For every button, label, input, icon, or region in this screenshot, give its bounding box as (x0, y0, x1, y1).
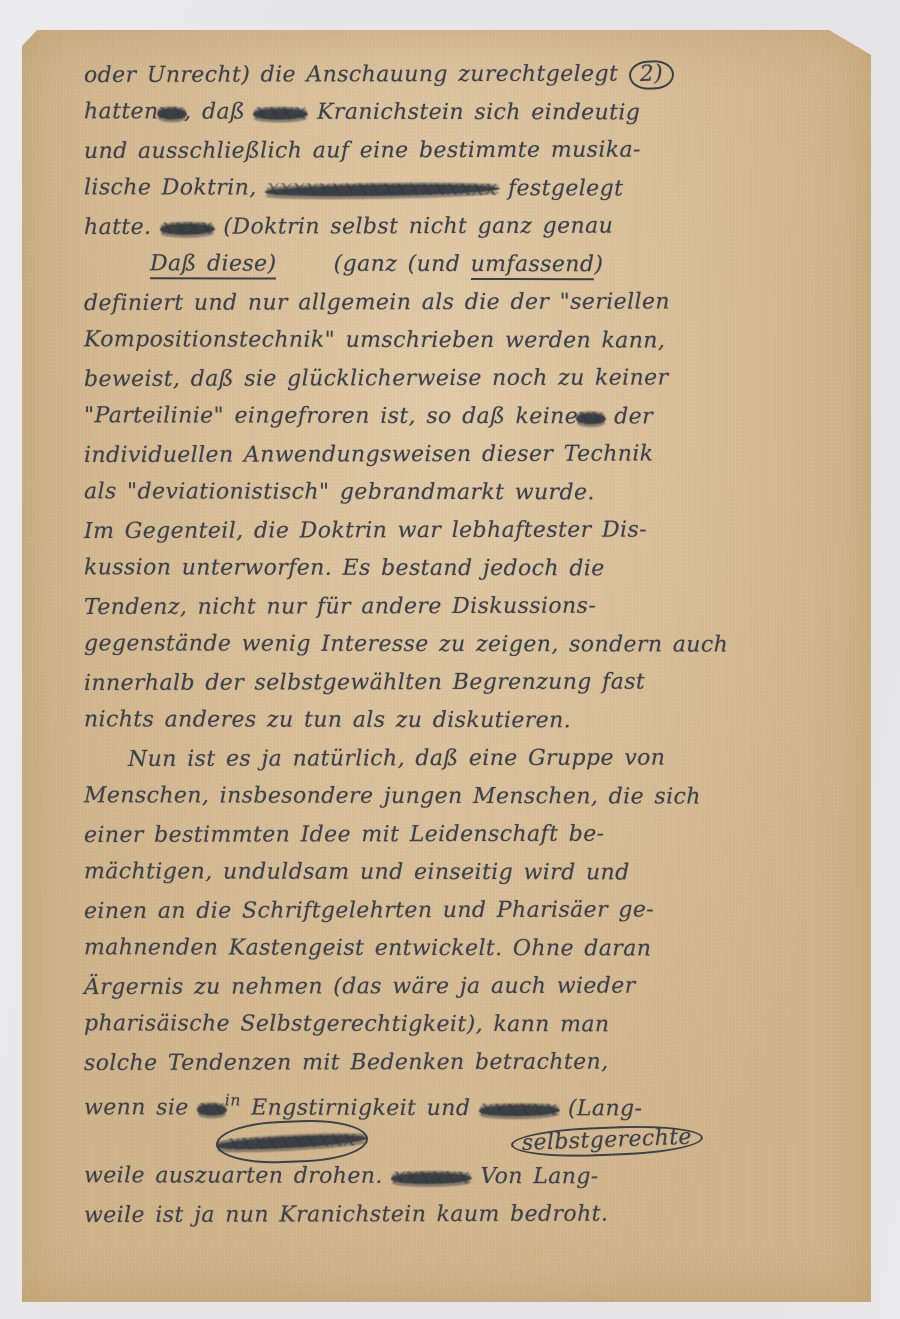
handwriting-segment: und ausschließlich auf eine bestimmte mu… (84, 138, 641, 164)
manuscript-line: innerhalb der selbstgewählten Begrenzung… (84, 663, 845, 703)
manuscript-line: mächtigen, unduldsam und einseitig wird … (84, 853, 845, 893)
handwriting-segment: einen an die Schriftgelehrten und Pharis… (84, 898, 654, 924)
handwriting-segment: individuellen Anwendungsweisen dieser Te… (84, 442, 654, 468)
handwriting-segment: einer bestimmten Idee mit Leidenschaft b… (84, 822, 605, 848)
manuscript-line: kussion unterworfen. Es bestand jedoch d… (84, 549, 845, 589)
underlined-insertion: umfassend (471, 252, 595, 280)
manuscript-line: gegenstände wenig Interesse zu zeigen, s… (84, 625, 845, 665)
handwriting-segment: Kranichstein sich eindeutig (307, 100, 641, 126)
handwriting-segment: Nun ist es ja natürlich, daß eine Gruppe… (128, 746, 665, 772)
manuscript-line: pharisäische Selbstgerechtigkeit), kann … (84, 1005, 845, 1045)
handwriting-segment: "Parteilinie" eingefroren ist, so daß ke… (84, 403, 578, 429)
manuscript-line: wenn sie xxin Engstirnigkeit und xxxxxx … (84, 1081, 845, 1121)
handwriting-segment: (Lang- (558, 1096, 643, 1121)
scribble-deletion: xxxxxx (393, 1164, 470, 1189)
manuscript-line: individuellen Anwendungsweisen dieser Te… (84, 435, 845, 475)
handwriting-segment: weile ist ja nun Kranichstein kaum bedro… (84, 1202, 608, 1228)
scribble-deletion: xxxxxxxxxxxxxxxxxx (267, 176, 498, 201)
manuscript-line: mahnenden Kastengeist entwickelt. Ohne d… (84, 929, 845, 969)
manuscript-line: xxxxxxxxxxselbstgerechte (216, 1119, 845, 1159)
scribble-deletion: xx (199, 1095, 225, 1120)
manuscript-line: Nun ist es ja natürlich, daß eine Gruppe… (128, 739, 845, 779)
handwriting-segment: lische Doktrin, (84, 175, 267, 200)
manuscript-line: und ausschließlich auf eine bestimmte mu… (84, 131, 845, 171)
manuscript-line: Im Gegenteil, die Doktrin war lebhaftest… (84, 511, 845, 551)
handwriting-segment: als "deviationistisch" gebrandmarkt wurd… (84, 479, 595, 505)
manuscript-line: Kompositionstechnik" umschrieben werden … (84, 321, 845, 361)
manuscript-line: lische Doktrin, xxxxxxxxxxxxxxxxxx festg… (84, 169, 845, 209)
handwriting-segment: der (604, 404, 653, 429)
handwriting-segment: solche Tendenzen mit Bedenken betrachten… (84, 1050, 609, 1076)
manuscript-line: nichts anderes zu tun als zu diskutieren… (84, 701, 845, 741)
manuscript-line: Tendenz, nicht nur für andere Diskussion… (84, 587, 845, 627)
scribble-deletion: xxxx (162, 215, 213, 240)
handwriting-segment: hatte. (84, 215, 162, 240)
handwriting-segment: definiert und nur allgemein als die der … (84, 289, 670, 316)
manuscript-line: beweist, daß sie glücklicherweise noch z… (84, 359, 845, 399)
superscript-insertion: in (225, 1090, 241, 1109)
manuscript-line: hattenxx, daß xxxx Kranichstein sich ein… (84, 93, 845, 133)
handwriting-segment: , daß (184, 99, 255, 124)
manuscript-line: weile ist ja nun Kranichstein kaum bedro… (84, 1195, 845, 1235)
manuscript-page: oder Unrecht) die Anschauung zurechtgele… (22, 30, 871, 1302)
handwriting-segment: mahnenden Kastengeist entwickelt. Ohne d… (84, 935, 651, 961)
handwriting-segment: Ärgernis zu nehmen (das wäre ja auch wie… (84, 974, 636, 1000)
scribble-deletion: xxxx (255, 100, 306, 125)
manuscript-line: oder Unrecht) die Anschauung zurechtgele… (84, 55, 845, 95)
handwriting-segment: weile auszuarten drohen. (84, 1163, 393, 1189)
handwriting-segment: festgelegt (498, 176, 624, 201)
handwriting-segment: wenn sie (84, 1095, 199, 1120)
underlined-insertion: Daß diese) (150, 251, 277, 279)
handwriting-segment: Von Lang- (470, 1164, 599, 1189)
handwriting-segment: (ganz (und (334, 252, 471, 277)
handwriting-segment: mächtigen, unduldsam und einseitig wird … (84, 859, 630, 885)
handwriting-segment: innerhalb der selbstgewählten Begrenzung… (84, 670, 645, 696)
handwriting-segment: hatten (84, 99, 159, 124)
manuscript-line: Ärgernis zu nehmen (das wäre ja auch wie… (84, 967, 845, 1007)
manuscript-line: weile auszuarten drohen. xxxxxx Von Lang… (84, 1157, 845, 1197)
manuscript-line: "Parteilinie" eingefroren ist, so daß ke… (84, 397, 845, 437)
scribble-deletion: xx (159, 99, 185, 124)
manuscript-line: als "deviationistisch" gebrandmarkt wurd… (84, 473, 845, 513)
manuscript-text: oder Unrecht) die Anschauung zurechtgele… (22, 30, 871, 1234)
scribble-deletion: xx (578, 404, 604, 429)
manuscript-line: hatte. xxxx (Doktrin selbst nicht ganz g… (84, 207, 845, 247)
circled-insertion: selbstgerechte (510, 1123, 703, 1159)
handwriting-segment: oder Unrecht) die Anschauung zurechtgele… (84, 62, 629, 88)
page-number: 2) (628, 60, 674, 91)
manuscript-line: einer bestimmten Idee mit Leidenschaft b… (84, 815, 845, 855)
handwriting-segment: nichts anderes zu tun als zu diskutieren… (84, 707, 571, 733)
handwriting-segment: Menschen, insbesondere jungen Menschen, … (84, 783, 701, 809)
handwriting-segment: Engstirnigkeit und (241, 1096, 481, 1122)
manuscript-line: Menschen, insbesondere jungen Menschen, … (84, 777, 845, 817)
handwriting-segment: beweist, daß sie glücklicherweise noch z… (84, 365, 669, 392)
manuscript-line: definiert und nur allgemein als die der … (84, 283, 845, 323)
handwriting-segment: ) (594, 252, 603, 277)
handwriting-segment: Tendenz, nicht nur für andere Diskussion… (84, 594, 596, 620)
handwriting-segment: pharisäische Selbstgerechtigkeit), kann … (84, 1011, 610, 1037)
handwriting-segment: Kompositionstechnik" umschrieben werden … (84, 327, 665, 353)
handwriting-segment: (Doktrin selbst nicht ganz genau (213, 214, 613, 240)
handwriting-segment: gegenstände wenig Interesse zu zeigen, s… (84, 631, 728, 657)
manuscript-line: solche Tendenzen mit Bedenken betrachten… (84, 1043, 845, 1083)
handwriting-segment: Im Gegenteil, die Doktrin war lebhaftest… (84, 518, 647, 544)
scribble-deletion: xxxxxx (481, 1096, 558, 1121)
handwriting-segment: kussion unterworfen. Es bestand jedoch d… (84, 555, 605, 581)
manuscript-line: einen an die Schriftgelehrten und Pharis… (84, 891, 845, 931)
manuscript-line: Daß diese)(ganz (und umfassend) (150, 245, 845, 284)
